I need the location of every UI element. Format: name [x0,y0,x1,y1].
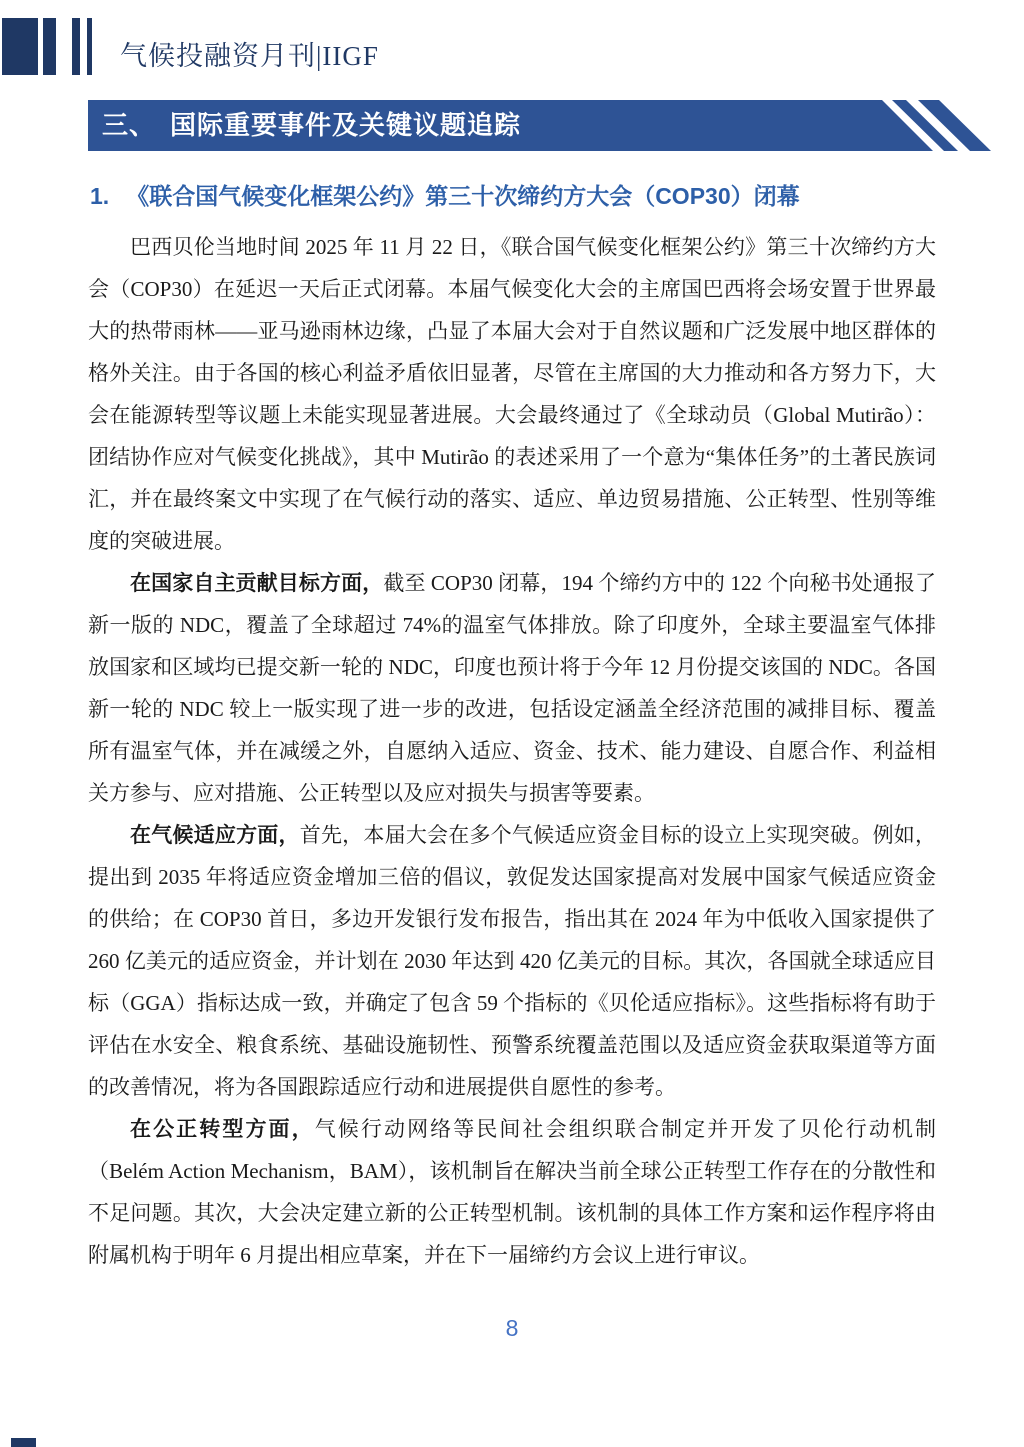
article: 1. 《联合国气候变化框架公约》第三十次缔约方大会（COP30）闭幕 巴西贝伦当… [88,180,936,1276]
brand-bar-large [2,18,38,75]
document-page: 气候投融资月刊|IIGF 三、 国际重要事件及关键议题追踪 1. 《联合国气候变… [0,0,1024,1447]
paragraph-climate-adaptation: 在气候适应方面，首先，本届大会在多个气候适应资金目标的设立上实现突破。例如，提出… [88,814,936,1108]
brand-bar-small [72,18,80,75]
section-banner-title: 三、 国际重要事件及关键议题追踪 [102,110,521,140]
paragraph-cop30-closing: 巴西贝伦当地时间 2025 年 11 月 22 日，《联合国气候变化框架公约》第… [88,226,936,562]
section-banner-bar: 三、 国际重要事件及关键议题追踪 [88,100,933,151]
paragraph-text: 巴西贝伦当地时间 2025 年 11 月 22 日，《联合国气候变化框架公约》第… [88,235,936,553]
paragraph-lead: 在气候适应方面， [130,823,300,847]
paragraph-lead: 在国家自主贡献目标方面， [130,571,383,595]
brand-bar-thin [87,18,92,75]
paragraph-ndc-targets: 在国家自主贡献目标方面，截至 COP30 闭幕，194 个缔约方中的 122 个… [88,562,936,814]
paragraph-lead: 在公正转型方面， [130,1117,315,1141]
page-number: 8 [0,1315,1024,1342]
heading-number: 1. [90,180,109,212]
article-heading: 1. 《联合国气候变化框架公约》第三十次缔约方大会（COP30）闭幕 [90,180,936,212]
journal-brand-title: 气候投融资月刊|IIGF [120,34,379,73]
heading-title: 《联合国气候变化框架公约》第三十次缔约方大会（COP30）闭幕 [126,180,799,212]
paragraph-text: 截至 COP30 闭幕，194 个缔约方中的 122 个向秘书处通报了新一版的 … [88,571,936,805]
paragraph-just-transition: 在公正转型方面，气候行动网络等民间社会组织联合制定并开发了贝伦行动机制（Belé… [88,1108,936,1276]
article-body: 巴西贝伦当地时间 2025 年 11 月 22 日，《联合国气候变化框架公约》第… [88,226,936,1276]
brand-bar-medium [43,18,56,75]
paragraph-text: 首先，本届大会在多个气候适应资金目标的设立上实现突破。例如，提出到 2035 年… [88,823,936,1099]
banner-diagonal-stripes-icon [882,100,994,151]
section-banner: 三、 国际重要事件及关键议题追踪 [88,100,1000,151]
page-header: 气候投融资月刊|IIGF [0,0,1024,100]
footer-corner-decoration [11,1438,36,1447]
